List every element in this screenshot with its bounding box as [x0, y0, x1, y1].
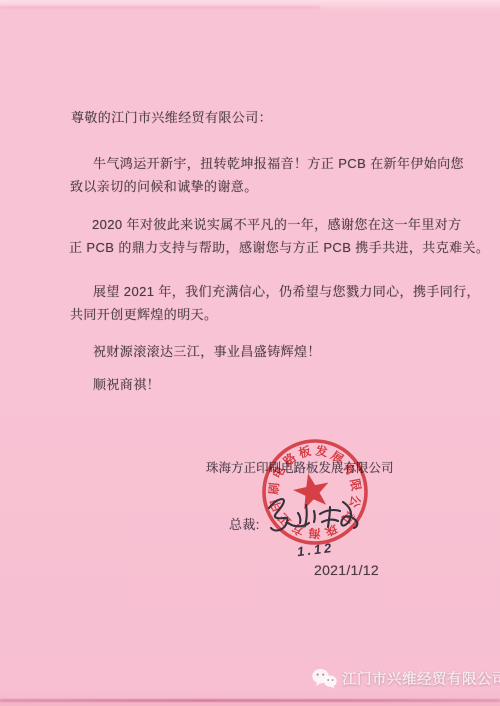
seal-ring-char: 印	[267, 497, 285, 513]
body-line: 致以亲切的问候和诚挚的谢意。	[70, 175, 464, 198]
seal-ring-text: 珠海方正印刷电路板发展有限公司	[258, 435, 372, 549]
paragraph-wishes: 祝财源滚滚达三江，事业昌盛铸辉煌！	[70, 340, 321, 363]
body-line: 顺祝商祺！	[93, 373, 160, 396]
company-seal-stamp: 珠海方正印刷电路板发展有限公司	[258, 435, 372, 549]
scan-bottom-strip	[0, 702, 500, 706]
seal-ring-char: 限	[347, 478, 363, 492]
seal-ring-char: 发	[313, 443, 328, 460]
salutation: 尊敬的江门市兴维经贸有限公司：	[71, 107, 272, 126]
watermark: 江门市兴维经贸有限公司	[311, 668, 500, 689]
body-line: 正 PCB 的鼎力支持与帮助，感谢您与方正 PCB 携手共进，共克难关。	[69, 236, 489, 259]
seal-ring-char: 公	[347, 494, 363, 509]
wechat-icon	[311, 668, 338, 689]
handwritten-date: 1.12	[296, 540, 335, 559]
body-line: 共同开创更辉煌的明天。	[70, 303, 480, 326]
signer-title: 总裁:	[229, 514, 260, 533]
seal-ring-char: 司	[339, 508, 357, 526]
paragraph-regards: 顺祝商祺！	[70, 373, 160, 396]
seal-ring	[264, 441, 366, 543]
paragraph-outlook-2021: 展望 2021 年，我们充满信心，仍希望与您戮力同心，携手同行， 共同开创更辉煌…	[70, 280, 480, 326]
scan-bottom-edge	[0, 699, 500, 702]
letter-page: 尊敬的江门市兴维经贸有限公司： 牛气鸿运开新宇，扭转乾坤报福音！方正 PCB 在…	[0, 0, 500, 706]
seal-ring-char: 珠	[323, 521, 340, 540]
seal-ring-char: 正	[275, 510, 294, 529]
seal-ring-char: 海	[308, 526, 321, 541]
body-line: 2020 年对彼此来说实属不平凡的一年，感谢您在这一年里对方	[69, 213, 489, 236]
scan-top-smudge	[0, 6, 320, 9]
body-line: 祝财源滚滚达三江，事业昌盛铸辉煌！	[93, 340, 321, 363]
seal-ring-char: 刷	[267, 482, 282, 495]
typed-date: 2021/1/12	[314, 562, 379, 578]
watermark-text: 江门市兴维经贸有限公司	[342, 668, 500, 689]
body-line: 展望 2021 年，我们充满信心，仍希望与您戮力同心，携手同行，	[70, 280, 480, 303]
signature-scrawl	[262, 492, 362, 540]
company-name: 珠海方正印刷电路板发展有限公司	[206, 458, 394, 476]
paragraph-greeting: 牛气鸿运开新宇，扭转乾坤报福音！方正 PCB 在新年伊始向您 致以亲切的问候和诚…	[70, 152, 464, 198]
body-line: 牛气鸿运开新宇，扭转乾坤报福音！方正 PCB 在新年伊始向您	[70, 152, 464, 175]
seal-ring-char: 方	[289, 521, 306, 540]
paragraph-thanks-2020: 2020 年对彼此来说实属不平凡的一年，感谢您在这一年里对方 正 PCB 的鼎力…	[69, 213, 489, 259]
